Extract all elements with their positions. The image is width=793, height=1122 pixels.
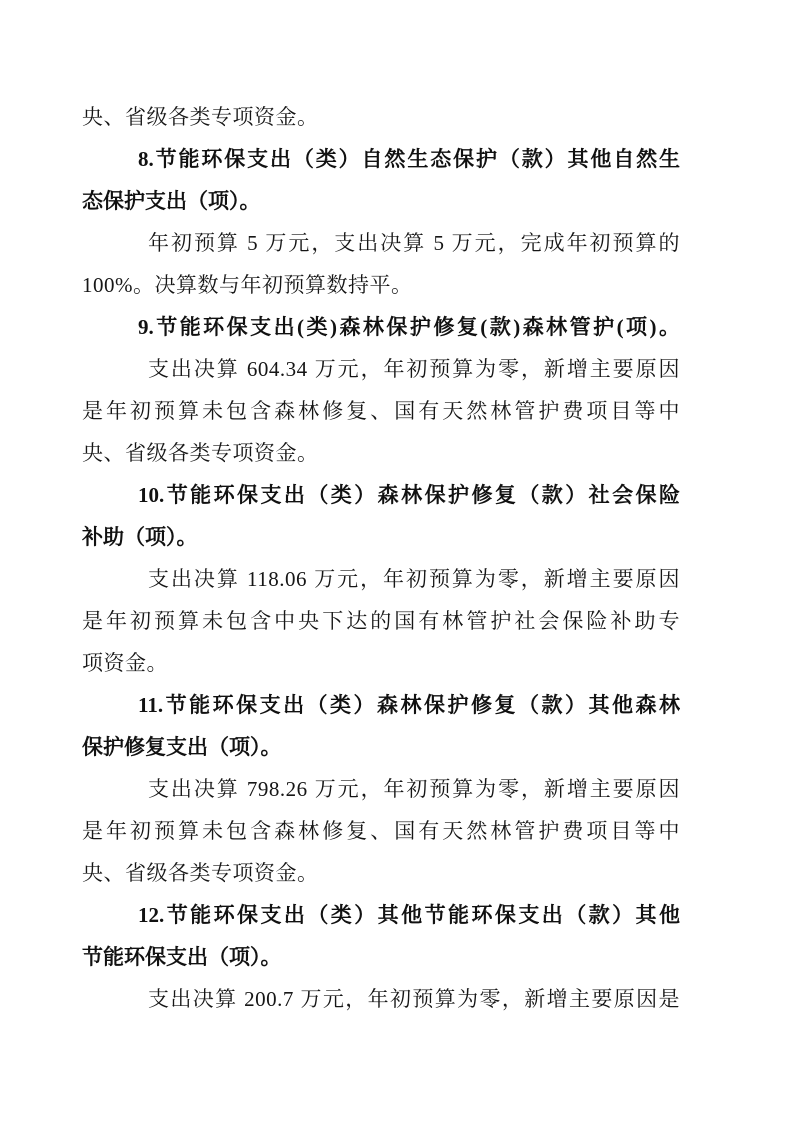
document-page: 央、省级各类专项资金。8.节能环保支出（类）自然生态保护（款）其他自然生态保护支…: [0, 0, 793, 1122]
text-line: 项资金。: [82, 642, 680, 684]
para-item-12: 支出决算 200.7 万元，年初预算为零，新增主要原因是: [82, 978, 680, 1020]
heading-line: 10.节能环保支出（类）森林保护修复（款）社会保险: [82, 474, 680, 516]
text-line: 央、省级各类专项资金。: [82, 852, 680, 894]
heading-item-11: 11.节能环保支出（类）森林保护修复（款）其他森林保护修复支出（项）。: [82, 684, 680, 768]
heading-line: 节能环保支出（项）。: [82, 936, 680, 978]
text-line: 支出决算 604.34 万元，年初预算为零，新增主要原因: [82, 348, 680, 390]
heading-line: 9.节能环保支出(类)森林保护修复(款)森林管护(项)。: [82, 306, 680, 348]
para-item-9: 支出决算 604.34 万元，年初预算为零，新增主要原因是年初预算未包含森林修复…: [82, 348, 680, 474]
text-line: 央、省级各类专项资金。: [82, 432, 680, 474]
heading-line: 12.节能环保支出（类）其他节能环保支出（款）其他: [82, 894, 680, 936]
document-body: 央、省级各类专项资金。8.节能环保支出（类）自然生态保护（款）其他自然生态保护支…: [82, 96, 680, 1020]
para-item-8: 年初预算 5 万元，支出决算 5 万元，完成年初预算的100%。决算数与年初预算…: [82, 222, 680, 306]
heading-item-10: 10.节能环保支出（类）森林保护修复（款）社会保险补助（项）。: [82, 474, 680, 558]
heading-line: 8.节能环保支出（类）自然生态保护（款）其他自然生: [82, 138, 680, 180]
para-item-10: 支出决算 118.06 万元，年初预算为零，新增主要原因是年初预算未包含中央下达…: [82, 558, 680, 684]
text-line: 是年初预算未包含中央下达的国有林管护社会保险补助专: [82, 600, 680, 642]
heading-item-9: 9.节能环保支出(类)森林保护修复(款)森林管护(项)。: [82, 306, 680, 348]
para-item-11: 支出决算 798.26 万元，年初预算为零，新增主要原因是年初预算未包含森林修复…: [82, 768, 680, 894]
para-continuation-top: 央、省级各类专项资金。: [82, 96, 680, 138]
text-line: 是年初预算未包含森林修复、国有天然林管护费项目等中: [82, 390, 680, 432]
heading-item-8: 8.节能环保支出（类）自然生态保护（款）其他自然生态保护支出（项）。: [82, 138, 680, 222]
text-line: 100%。决算数与年初预算数持平。: [82, 264, 680, 306]
heading-line: 11.节能环保支出（类）森林保护修复（款）其他森林: [82, 684, 680, 726]
heading-line: 保护修复支出（项）。: [82, 726, 680, 768]
text-line: 年初预算 5 万元，支出决算 5 万元，完成年初预算的: [82, 222, 680, 264]
text-line: 支出决算 200.7 万元，年初预算为零，新增主要原因是: [82, 978, 680, 1020]
heading-line: 补助（项）。: [82, 516, 680, 558]
heading-item-12: 12.节能环保支出（类）其他节能环保支出（款）其他节能环保支出（项）。: [82, 894, 680, 978]
text-line: 央、省级各类专项资金。: [82, 96, 680, 138]
text-line: 支出决算 118.06 万元，年初预算为零，新增主要原因: [82, 558, 680, 600]
heading-line: 态保护支出（项）。: [82, 180, 680, 222]
text-line: 是年初预算未包含森林修复、国有天然林管护费项目等中: [82, 810, 680, 852]
text-line: 支出决算 798.26 万元，年初预算为零，新增主要原因: [82, 768, 680, 810]
